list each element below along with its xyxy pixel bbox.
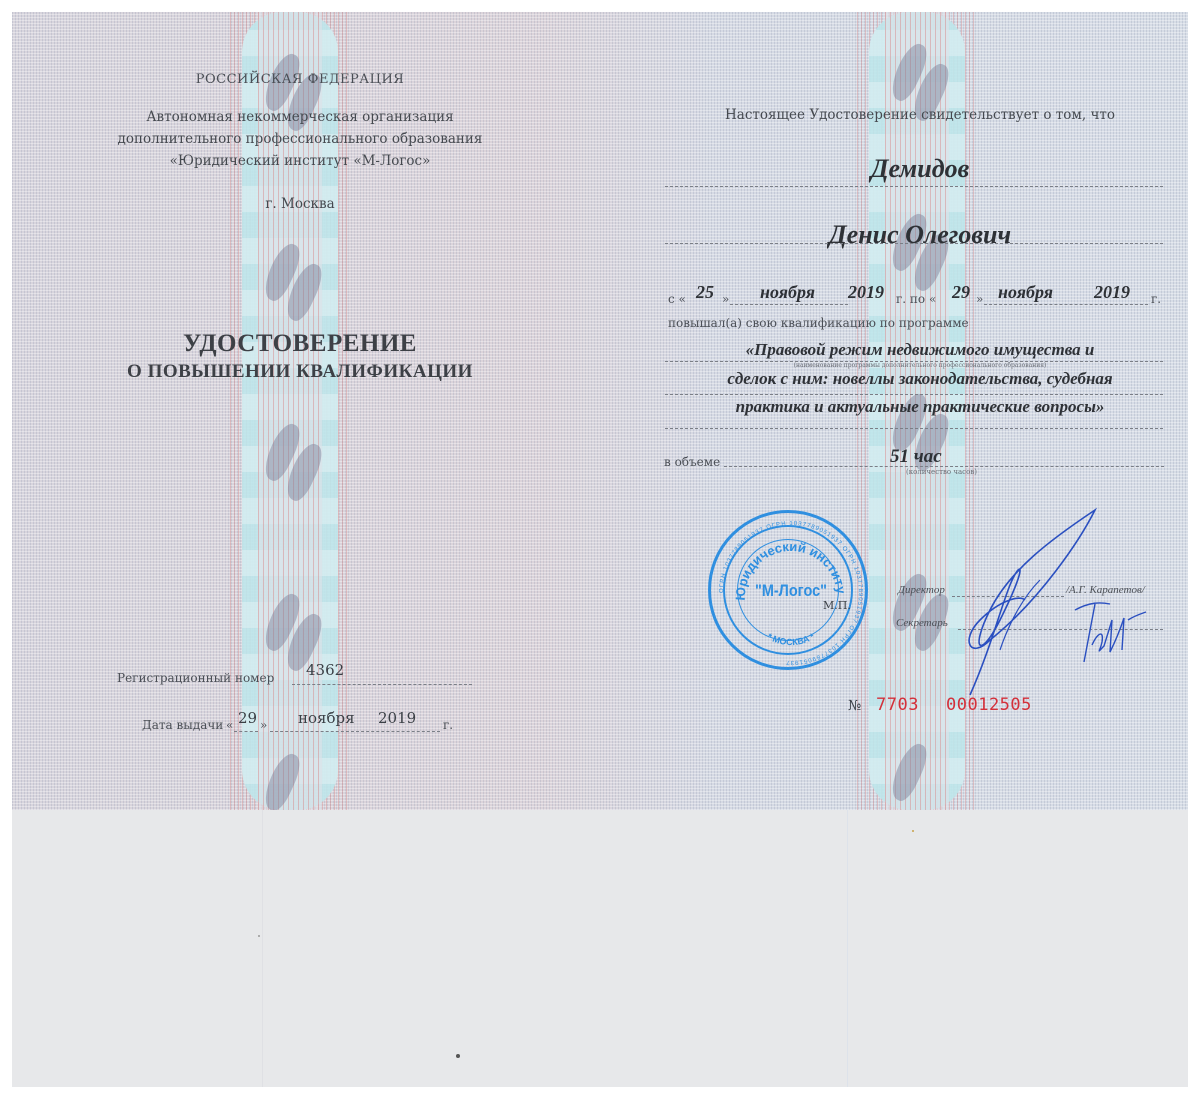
from-prefix: с «	[668, 292, 686, 306]
reg-number-label: Регистрационный номер	[117, 671, 274, 685]
org-line-2: дополнительного профессионального образо…	[100, 128, 500, 150]
org-line-1: Автономная некоммерческая организация	[100, 106, 500, 128]
svg-text:* МОСКВА *: * МОСКВА *	[766, 631, 817, 647]
secretary-signature	[1070, 590, 1160, 670]
issue-day: 29	[238, 709, 257, 727]
volume-line	[724, 466, 1164, 467]
year-suffix: г.	[443, 718, 453, 732]
document-title: УДОСТОВЕРЕНИЕ	[100, 330, 500, 358]
serial-number: 00012505	[946, 695, 1032, 715]
program-line-2: сделок с ним: новеллы законодательства, …	[660, 369, 1180, 389]
number-sign: №	[848, 698, 861, 714]
intro-text: Настоящее Удостоверение свидетельствует …	[660, 104, 1180, 126]
serial-series: 7703	[876, 695, 919, 715]
reg-number-value: 4362	[306, 661, 344, 679]
from-month: ноября	[760, 282, 815, 303]
to-month: ноября	[998, 282, 1053, 303]
issue-year: 2019	[378, 709, 416, 727]
given-names: Денис Олегович	[660, 220, 1180, 250]
issue-month-year-line	[270, 731, 440, 732]
from-day: 25	[696, 282, 714, 303]
given-names-line	[665, 243, 1163, 244]
stamp-logo-text: "М-Логос"	[749, 581, 834, 601]
to-year-suffix: г.	[1151, 292, 1161, 306]
to-line	[984, 304, 1148, 305]
city: г. Москва	[100, 193, 500, 215]
scan-blank-area	[12, 810, 1188, 1087]
seal-label: М.П.	[823, 599, 851, 612]
volume-value: 51 час	[890, 446, 942, 468]
from-line	[730, 304, 848, 305]
volume-caption: (количество часов)	[906, 468, 977, 476]
document-subtitle: О ПОВЫШЕНИИ КВАЛИФИКАЦИИ	[100, 361, 500, 383]
program-line-2-rule	[665, 394, 1163, 395]
country-heading: РОССИЙСКАЯ ФЕДЕРАЦИЯ	[100, 72, 500, 87]
institution-stamp: Юридический институт * МОСКВА * ОГРН 103…	[708, 510, 868, 670]
to-prefix: г. по «	[896, 292, 936, 306]
reg-number-line	[292, 684, 472, 685]
to-year: 2019	[1094, 282, 1130, 303]
quote-close: »	[260, 718, 267, 732]
from-year: 2019	[848, 282, 884, 303]
program-intro: повышал(а) свою квалификацию по программ…	[668, 316, 969, 330]
program-line-3: практика и актуальные практические вопро…	[660, 397, 1180, 417]
org-line-3: «Юридический институт «М-Логос»	[100, 150, 500, 172]
quote-open: «	[226, 718, 233, 732]
from-quote-close: »	[722, 292, 729, 306]
to-day: 29	[952, 282, 970, 303]
program-line-1: «Правовой режим недвижимого имущества и	[660, 340, 1180, 360]
surname: Демидов	[660, 154, 1180, 184]
program-caption: (наименование программы дополнительного …	[660, 362, 1180, 369]
issue-month: ноября	[298, 709, 355, 727]
program-line-3-rule	[665, 428, 1163, 429]
surname-line	[665, 186, 1163, 187]
volume-label: в объеме	[664, 455, 720, 469]
issue-date-label: Дата выдачи	[142, 718, 223, 732]
to-quote-close: »	[976, 292, 983, 306]
issue-day-line	[234, 731, 258, 732]
